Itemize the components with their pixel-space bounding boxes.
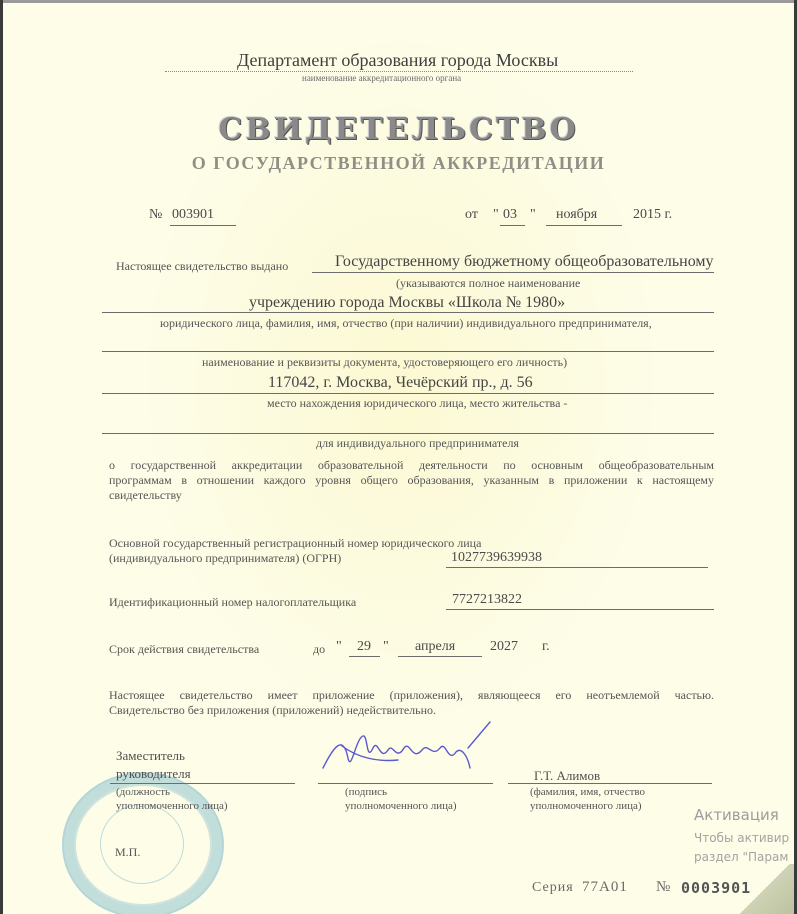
signatory-name: Г.Т. Алимов	[534, 768, 600, 784]
validity-day: 29	[357, 639, 371, 655]
date-day: 03	[503, 207, 517, 223]
recipient-line-2: учреждению города Москвы «Школа № 1980»	[249, 294, 565, 312]
caption-full-name: (указываются полное наименование	[396, 276, 580, 291]
id-document-underline	[102, 351, 714, 352]
certificate-page: Департамент образования города Москвы на…	[0, 0, 797, 914]
signature-caption-2: уполномоченного лица)	[345, 800, 457, 812]
caption-legal-entity: юридического лица, фамилия, имя, отчеств…	[160, 316, 652, 331]
caption-entrepreneur: для индивидуального предпринимателя	[316, 436, 519, 451]
signatory-position-line-1: Заместитель	[116, 748, 185, 764]
validity-prefix: до	[313, 642, 325, 657]
validity-quote-close: "	[383, 639, 389, 655]
ogrn-label-1: Основной государственный регистрационный…	[109, 536, 481, 551]
recipient-line-1-underline	[312, 272, 714, 273]
issuer-caption: наименование аккредитационного органа	[302, 73, 461, 83]
page-corner-ornament	[734, 864, 794, 914]
series-label: Серия	[532, 880, 574, 896]
validity-quote-open: "	[336, 639, 342, 655]
address-underline	[102, 393, 714, 394]
recipient-line-1: Государственному бюджетному общеобразова…	[335, 253, 714, 271]
validity-label: Срок действия свидетельства	[109, 642, 259, 657]
appendix-text-line-2: Свидетельство без приложения (приложений…	[109, 703, 436, 718]
issued-to-label: Настоящее свидетельство выдано	[116, 259, 288, 274]
serial-prefix: №	[656, 879, 671, 896]
activation-watermark-line-2: раздел "Парам	[694, 850, 788, 864]
series-value: 77А01	[582, 879, 628, 896]
inn-underline	[446, 609, 714, 610]
body-text-line-3: свидетельству	[109, 488, 182, 503]
ogrn-underline	[446, 567, 708, 568]
signatory-position-line-2: руководителя	[116, 766, 191, 782]
name-caption-1: (фамилия, имя, отчество	[530, 786, 645, 798]
signature-underline	[318, 783, 493, 784]
address: 117042, г. Москва, Чечёрский пр., д. 56	[268, 374, 533, 392]
position-underline	[110, 783, 295, 784]
date-prefix: от	[465, 207, 478, 223]
signature-caption-1: (подпись	[345, 786, 387, 798]
date-quote-open: "	[493, 207, 499, 223]
name-caption-2: уполномоченного лица)	[530, 800, 642, 812]
recipient-line-2-underline	[102, 312, 714, 313]
date-year: 2015 г.	[633, 207, 672, 223]
number-prefix: №	[149, 207, 162, 223]
date-month-underline	[546, 225, 622, 226]
position-caption-2: уполномоченного лица)	[116, 800, 228, 812]
activation-watermark-title: Активация	[694, 806, 779, 824]
date-quote-close: "	[530, 207, 536, 223]
body-text-line-2: программам в отношении каждого уровня об…	[109, 473, 714, 488]
certificate-number: 003901	[172, 207, 214, 223]
validity-day-underline	[349, 656, 380, 657]
caption-location: место нахождения юридического лица, мест…	[267, 396, 567, 411]
ogrn-label-2: (индивидуального предпринимателя) (ОГРН)	[109, 551, 341, 566]
activation-watermark-line-1: Чтобы активир	[694, 831, 789, 845]
date-day-underline	[500, 225, 525, 226]
signature-image	[318, 718, 498, 778]
entrepreneur-underline	[102, 433, 714, 434]
issuer-name: Департамент образования города Москвы	[237, 50, 558, 71]
name-underline	[508, 783, 712, 784]
window-top-border	[0, 0, 797, 3]
validity-suffix: г.	[542, 639, 550, 655]
validity-year: 2027	[490, 639, 518, 655]
inn-value: 7727213822	[452, 592, 522, 608]
ogrn-value: 1027739639938	[451, 550, 542, 566]
appendix-text-line-1: Настоящее свидетельство имеет приложение…	[109, 688, 714, 703]
issuer-underline	[165, 71, 633, 72]
number-underline	[170, 225, 236, 226]
date-month: ноября	[556, 207, 597, 223]
validity-month: апреля	[415, 639, 455, 655]
validity-month-underline	[398, 656, 482, 657]
document-title: СВИДЕТЕЛЬСТВО	[0, 112, 797, 147]
caption-id-document: наименование и реквизиты документа, удос…	[202, 355, 567, 370]
inn-label: Идентификационный номер налогоплательщик…	[109, 595, 356, 610]
body-text-line-1: о государственной аккредитации образоват…	[109, 458, 714, 473]
seal-emblem	[100, 804, 184, 884]
document-subtitle: О ГОСУДАРСТВЕННОЙ АККРЕДИТАЦИИ	[0, 153, 797, 174]
seal-label: М.П.	[115, 845, 140, 860]
position-caption-1: (должность	[116, 786, 170, 798]
